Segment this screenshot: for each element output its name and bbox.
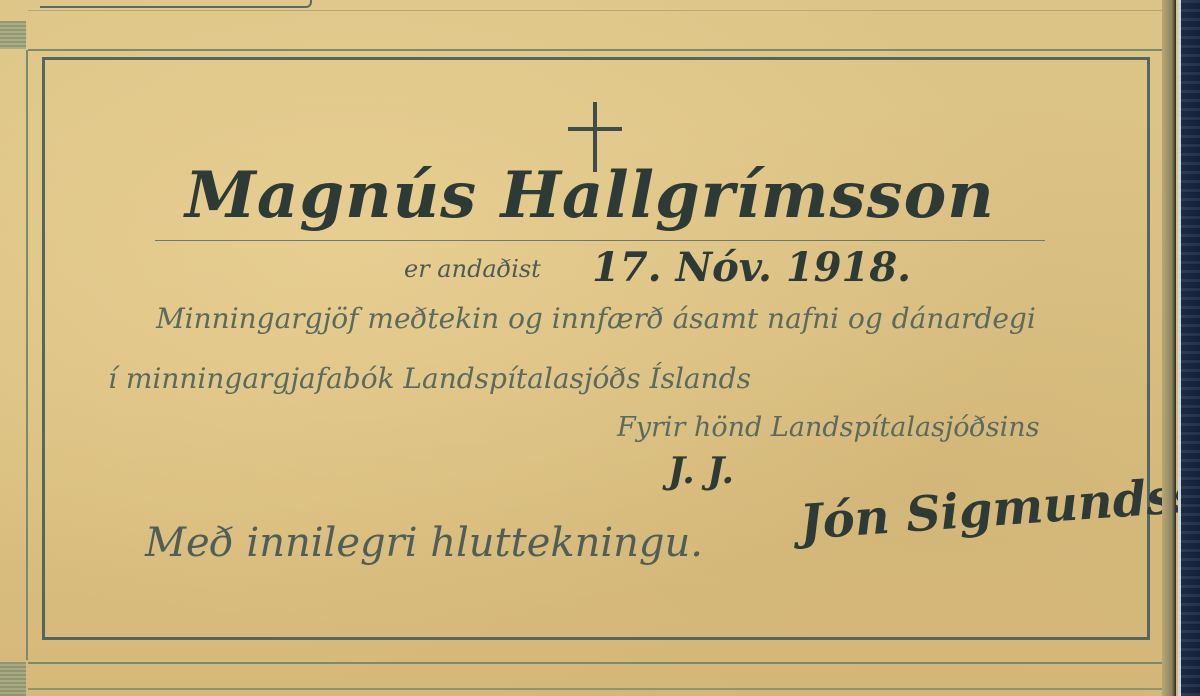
closing-text: Með innilegri hluttekningu.	[145, 520, 703, 566]
memorial-card: Magnús Hallgrímsson er andaðist 17. Nóv.…	[0, 0, 1178, 696]
died-label: er andaðist	[404, 255, 541, 283]
border-line	[28, 10, 1168, 11]
card-edge-shadow	[1162, 0, 1176, 696]
on-behalf-of: Fyrir hönd Landspítalasjóðsins	[617, 412, 1040, 443]
border-line	[28, 688, 1168, 690]
border-line	[28, 49, 1168, 51]
border-line	[26, 50, 28, 660]
border-line	[28, 662, 1168, 664]
name-underline	[155, 240, 1045, 241]
died-date: 17. Nóv. 1918.	[592, 244, 911, 291]
album-binding	[1178, 0, 1200, 696]
body-line-2: í minningargjafabók Landspítalasjóðs Ísl…	[108, 362, 751, 395]
adjacent-card-edge	[40, 0, 312, 8]
deceased-name: Magnús Hallgrímsson	[185, 158, 995, 233]
corner-ornament	[0, 21, 26, 49]
initials: J. J.	[668, 450, 734, 492]
body-line-1: Minningargjöf meðtekin og innfærð ásamt …	[156, 302, 1036, 335]
corner-ornament	[0, 662, 26, 696]
